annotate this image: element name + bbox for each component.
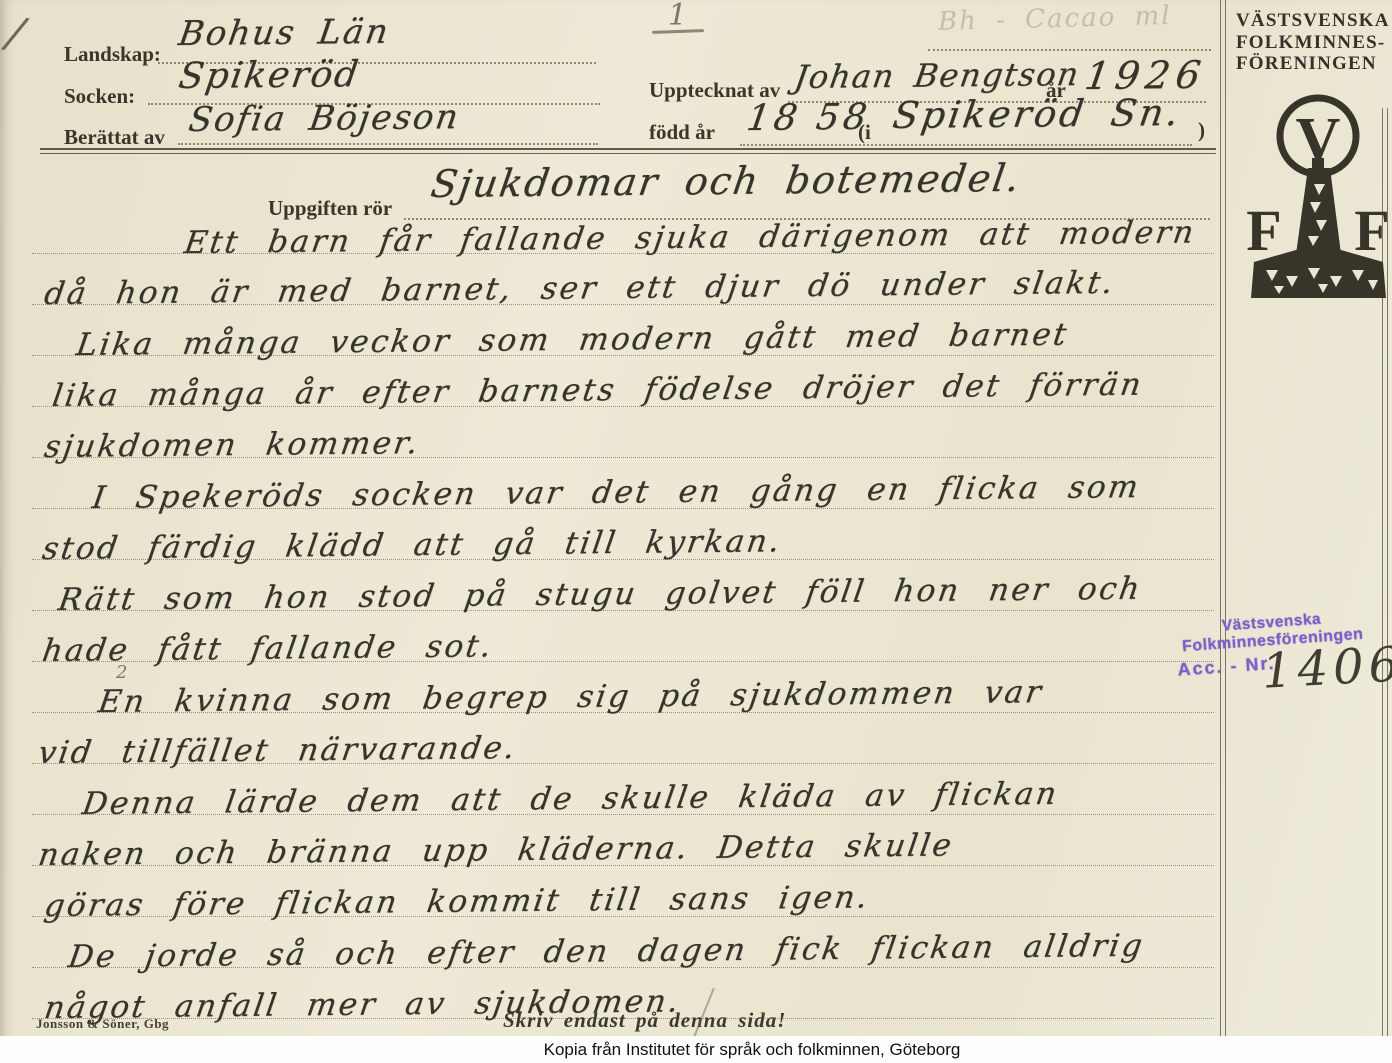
field-label-fodd-ar: född år — [649, 120, 715, 145]
organization-name-line3: FÖRENINGEN — [1236, 53, 1390, 75]
pencil-underline — [652, 29, 704, 34]
manuscript-line: sjukdomen kommer. — [32, 407, 1214, 458]
manuscript-line: göras före flickan kommit till sans igen… — [32, 866, 1214, 917]
organization-name-line2: FOLKMINNES- — [1236, 32, 1390, 54]
manuscript-line: hade fått fallande sot. — [32, 611, 1214, 662]
pencil-corner-mark: / — [3, 7, 28, 60]
birthplace: Spikeröd Sn. — [890, 91, 1184, 137]
scan-footer-band: Kopia från Institutet för språk och folk… — [0, 1036, 1392, 1063]
manuscript-line: Ett barn får fallande sjuka därigenom at… — [32, 203, 1214, 254]
organization-name: VÄSTSVENSKA FOLKMINNES- FÖRENINGEN — [1236, 10, 1390, 75]
archive-record-scan: / Landskap: Bohus Län Socken: Spikeröd B… — [0, 0, 1392, 1063]
printer-mark: Jonsson & Söner, Gbg — [36, 1016, 169, 1032]
accession-number: 1406 — [1261, 636, 1392, 699]
manuscript-line: Rätt som hon stod på stugu golvet föll h… — [32, 560, 1214, 611]
body-lines: Ett barn får fallande sjuka därigenom at… — [32, 203, 1214, 1019]
field-label-landskap: Landskap: — [64, 42, 161, 67]
dotted-rule — [740, 144, 1192, 146]
dotted-rule — [178, 143, 598, 145]
manuscript-line: lika många år efter barnets födelse dröj… — [32, 356, 1214, 407]
copy-note: Kopia från Institutet för språk och folk… — [544, 1040, 961, 1060]
write-only-this-side-note: Skriv endast på denna sida! — [503, 1008, 786, 1033]
manuscript-line: De jorde så och efter den dagen fick fli… — [32, 917, 1214, 968]
manuscript-line: Lika många veckor som modern gått med ba… — [32, 305, 1214, 356]
paren-open: (i — [858, 120, 871, 145]
manuscript-line: Denna lärde dem att de skulle kläda av f… — [32, 764, 1214, 815]
pencil-faint-note: Bh - Cacao ml — [938, 1, 1172, 37]
logo-letter-f-left: F — [1246, 198, 1281, 263]
subject-title: Sjukdomar och botemedel. — [428, 156, 1024, 206]
paren-close: ) — [1198, 118, 1205, 143]
vff-thors-hammer-logo-icon: V F F — [1244, 84, 1390, 324]
field-label-socken: Socken: — [64, 84, 135, 109]
field-value-landskap: Bohus Län — [176, 12, 393, 54]
logo-letter-f-right: F — [1354, 198, 1389, 263]
manuscript-line: I Spekeröds socken var det en gång en fl… — [32, 458, 1214, 509]
pencil-margin-mark: 2 — [116, 662, 127, 683]
field-label-berattat-av: Berättat av — [64, 125, 165, 150]
manuscript-line: då hon är med barnet, ser ett djur dö un… — [32, 254, 1214, 305]
recorder-name: Johan Bengtson — [792, 55, 1082, 96]
organization-name-line1: VÄSTSVENSKA — [1236, 10, 1390, 32]
field-value-berattat-av: Sofia Böjeson — [186, 97, 463, 140]
header-divider-rule — [40, 148, 1216, 154]
manuscript-line: stod färdig klädd att gå till kyrkan. — [32, 509, 1214, 560]
manuscript-line: En kvinna som begrep sig på sjukdommen v… — [32, 662, 1214, 713]
manuscript-line: naken och bränna upp kläderna. Detta sku… — [32, 815, 1214, 866]
birth-year: 18 58 — [744, 97, 873, 139]
pencil-page-number: 1 — [668, 0, 687, 33]
field-value-socken: Spikeröd — [176, 54, 363, 97]
column-divider-rule — [1220, 0, 1226, 1036]
manuscript-line: vid tillfället närvarande. — [32, 713, 1214, 764]
dotted-rule — [928, 49, 1211, 51]
